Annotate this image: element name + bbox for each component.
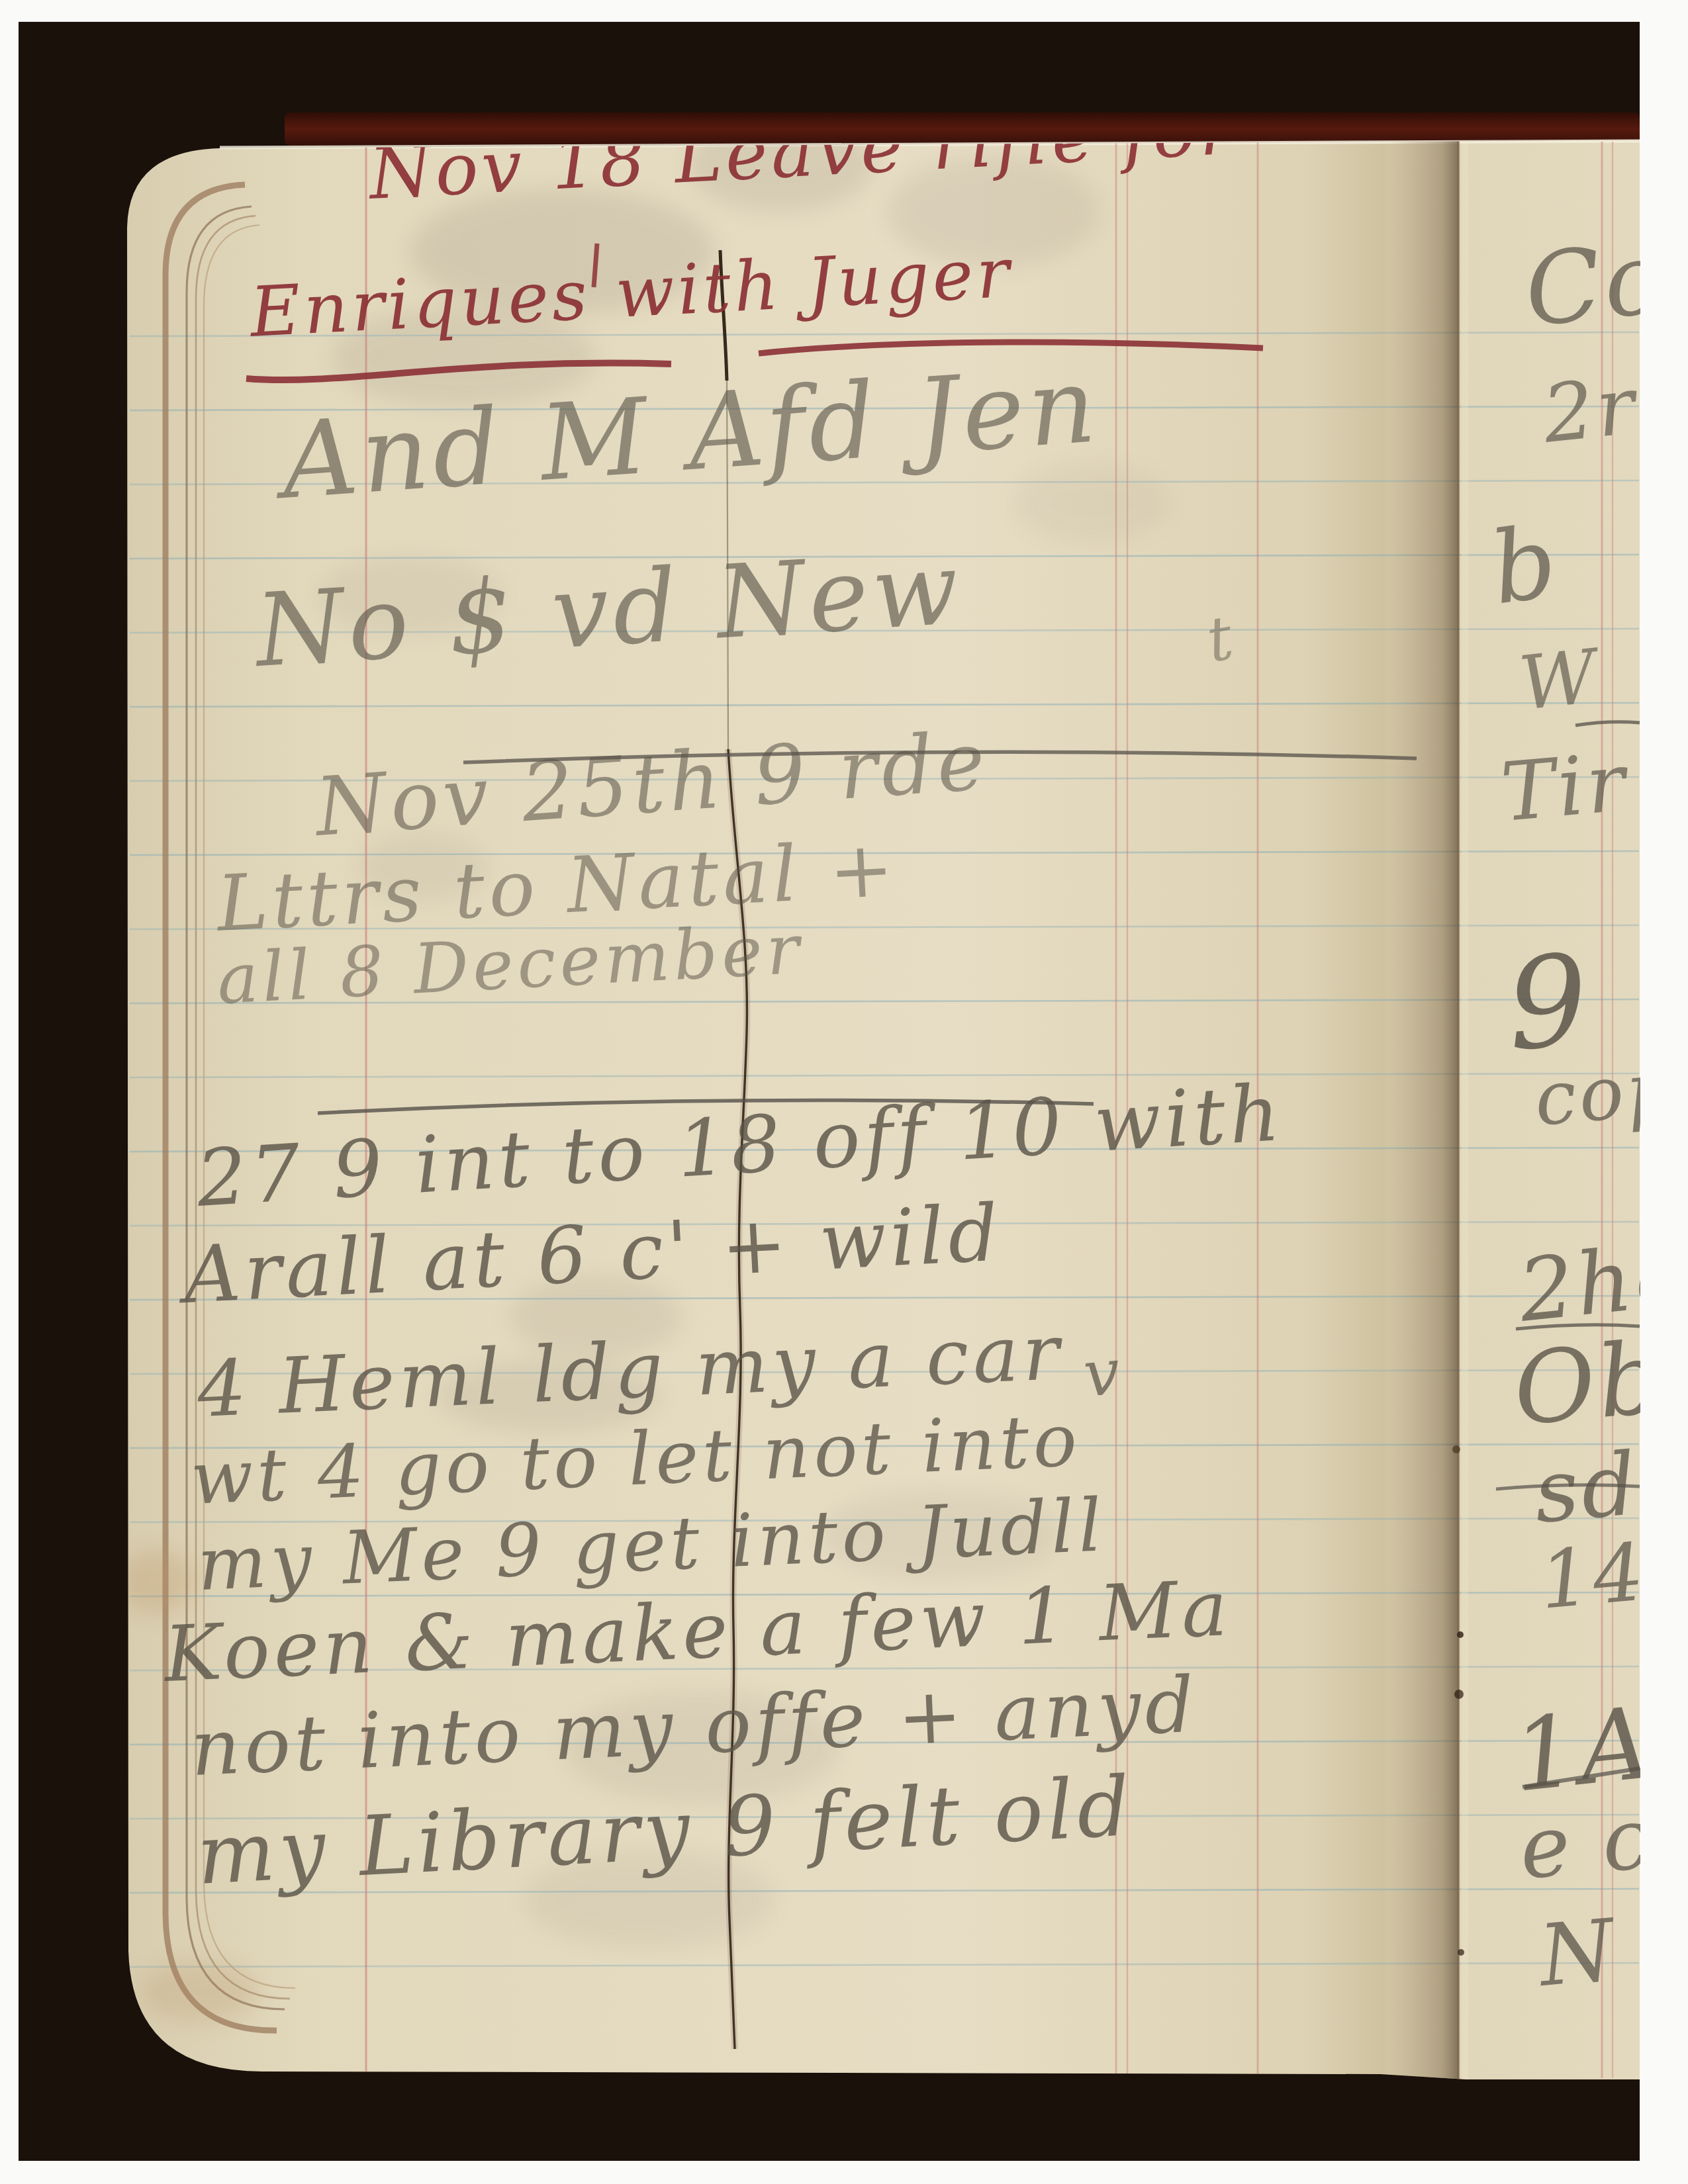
handwriting-fragment: Tir [1497, 735, 1633, 840]
stain [139, 1962, 258, 2023]
pencil-smudge [1013, 463, 1172, 543]
handwriting-fragment: W [1515, 633, 1605, 727]
gutter-speck [1458, 1949, 1464, 1956]
left-page: Nov 18 Leave rifle for Enriques with Jug… [118, 87, 1640, 2079]
pencil-mark: v [1080, 1334, 1125, 1412]
handwriting-fragment: 2r [1538, 360, 1644, 461]
handwriting-fragment: 14 [1536, 1526, 1650, 1627]
gutter-speck [1457, 1631, 1464, 1638]
handwriting-fragment: N s [1534, 1894, 1688, 2006]
handwriting-fragment: Co [1520, 220, 1672, 349]
handwriting-fragment: 2ho [1513, 1224, 1688, 1342]
handwriting-fragment: cop [1531, 1045, 1679, 1143]
stain [118, 1550, 195, 1614]
handwriting-fragment: Ob [1509, 1320, 1669, 1448]
gutter-speck [1452, 1445, 1460, 1453]
scan-canvas: Nov 18 Leave rifle for Enriques with Jug… [0, 0, 1688, 2184]
handwriting-fragment: sd [1530, 1433, 1643, 1543]
notebook-scan: Nov 18 Leave rifle for Enriques with Jug… [0, 0, 1688, 2184]
gutter-shadow [1389, 140, 1459, 2079]
handwriting-fragment: e c [1516, 1789, 1656, 1899]
gutter-speck [1454, 1690, 1464, 1699]
